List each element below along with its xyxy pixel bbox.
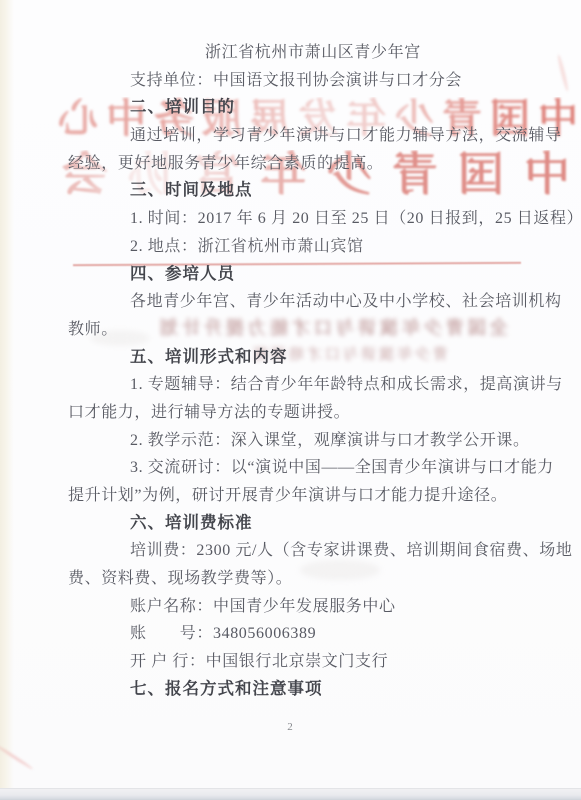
section-heading: 五、培训形式和内容 [0,344,581,372]
doc-line: 支持单位：中国语文报刊协会演讲与口才分会 [0,67,581,95]
doc-line: 口才能力，进行辅导方法的专题讲授。 [0,399,581,427]
doc-line: 各地青少年宫、青少年活动中心及中小学校、社会培训机构 [0,288,581,316]
section-heading: 七、报名方式和注意事项 [0,676,581,704]
doc-line: 账户名称：中国青少年发展服务中心 [0,593,581,621]
page-number: 2 [0,721,581,733]
doc-line: 2. 教学示范：深入课堂，观摩演讲与口才教学公开课。 [0,427,581,455]
doc-line: 费、资料费、现场教学费等）。 [0,565,581,593]
document-body: 浙江省杭州市萧山区青少年宫 支持单位：中国语文报刊协会演讲与口才分会 二、培训目… [0,39,581,704]
doc-line: 浙江省杭州市萧山区青少年宫 [0,39,581,67]
section-heading: 四、参培人员 [0,261,581,289]
scan-bottom-edge [0,788,581,800]
doc-line: 2. 地点：浙江省杭州市萧山宾馆 [0,233,581,261]
section-heading: 三、时间及地点 [0,177,581,205]
doc-line: 经验，更好地服务青少年综合素质的提高。 [0,150,581,178]
doc-line: 培训费：2300 元/人（含专家讲课费、培训期间食宿费、场地 [0,537,581,565]
scanned-document-page: 中国青少年发展服务中心 中国青少年宫协会 全国青少年演讲与口才能力提升计划 青少… [0,0,581,800]
section-heading: 六、培训费标准 [0,510,581,538]
section-heading: 二、培训目的 [0,94,581,122]
doc-line: 通过培训，学习青少年演讲与口才能力辅导方法，交流辅导 [0,122,581,150]
doc-line: 1. 专题辅导：结合青少年年龄特点和成长需求，提高演讲与 [0,371,581,399]
doc-line: 3. 交流研讨：以“演说中国——全国青少年演讲与口才能力 [0,454,581,482]
doc-line: 开 户 行：中国银行北京崇文门支行 [0,648,581,676]
doc-line: 1. 时间：2017 年 6 月 20 日至 25 日（20 日报到，25 日返… [0,205,581,233]
doc-line: 教师。 [0,316,581,344]
doc-line: 账 号：348056006389 [0,620,581,648]
doc-line: 提升计划”为例，研讨开展青少年演讲与口才能力提升途径。 [0,482,581,510]
